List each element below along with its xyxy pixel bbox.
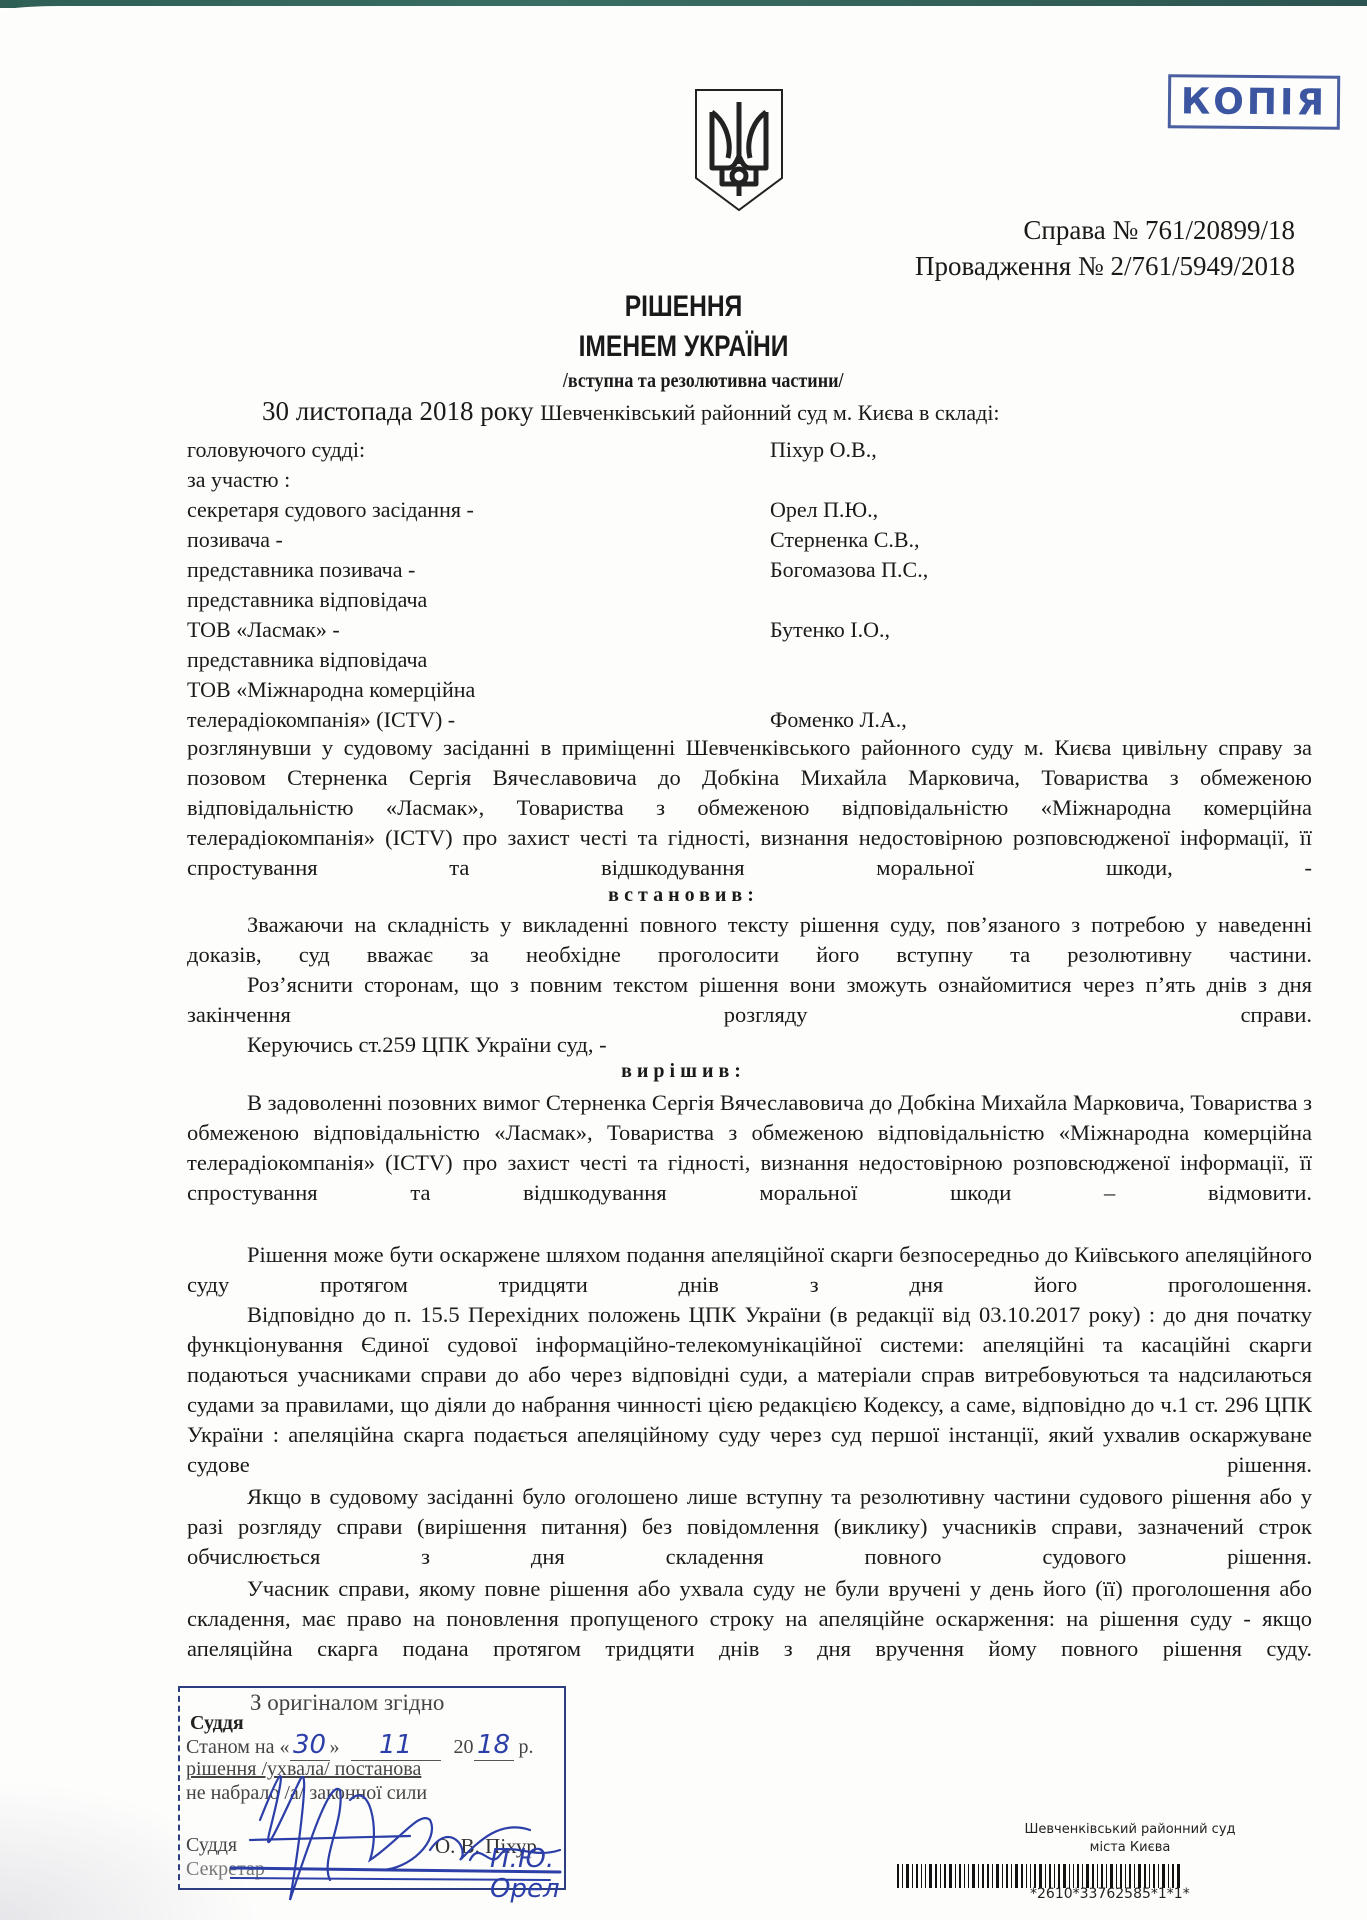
composition-role: головуючого судді: xyxy=(187,437,365,463)
secretary-handwritten: П.Ю. Орел xyxy=(490,1844,590,1904)
composition-role: телерадіокомпанія» (ICTV) - xyxy=(187,707,455,733)
composition-role: ТОВ «Міжнародна комерційна xyxy=(187,677,475,703)
handwritten-signatures: П.Ю. Орел xyxy=(230,1760,590,1920)
document-subtitle: /вступна та резолютивна частини/ xyxy=(20,368,1367,393)
proceeding-number: Провадження № 2/761/5949/2018 xyxy=(915,248,1295,284)
barcode-number: *2610*33762585*1*1* xyxy=(1030,1886,1190,1902)
date-line: 30 листопада 2018 року Шевченківський ра… xyxy=(262,396,1000,427)
composition-name: Орел П.Ю., xyxy=(770,497,878,523)
decided-paragraph: В задоволенні позовних вимог Стерненка С… xyxy=(187,1088,1312,1208)
established-paragraph: Керуючись ст.259 ЦПК України суд, - xyxy=(187,1030,1312,1060)
court-composition-intro: Шевченківський районний суд м. Києва в с… xyxy=(540,400,999,425)
barcode-court-line1: Шевченківський районний суд xyxy=(1000,1822,1260,1837)
year-suffix: р. xyxy=(519,1736,534,1758)
trident-coat-of-arms-icon xyxy=(692,86,786,214)
composition-role: представника відповідача xyxy=(187,587,427,613)
decided-paragraph: Відповідно до п. 15.5 Перехідних положен… xyxy=(187,1300,1312,1480)
barcode xyxy=(897,1864,1337,1888)
established-paragraph: Зважаючи на складність у викладенні повн… xyxy=(187,910,1312,970)
copy-stamp: КОПІЯ xyxy=(1168,74,1340,129)
established-paragraph: Роз’яснити сторонам, що з повним текстом… xyxy=(187,970,1312,1030)
composition-role: позивача - xyxy=(187,527,283,553)
decision-date: 30 листопада 2018 року xyxy=(262,396,534,426)
as-of-prefix: Станом на « xyxy=(186,1736,290,1758)
composition-role: секретаря судового засідання - xyxy=(187,497,474,523)
document-title-subline: ІМЕНЕМ УКРАЇНИ xyxy=(123,330,1244,364)
composition-role: ТОВ «Ласмак» - xyxy=(187,617,340,643)
composition-name: Богомазова П.С., xyxy=(770,557,928,583)
case-numbers: Справа № 761/20899/18 Провадження № 2/76… xyxy=(915,212,1295,284)
year-prefix: 20 xyxy=(454,1736,474,1758)
barcode-court-line2: міста Києва xyxy=(1000,1840,1260,1855)
composition-name: Фоменко Л.А., xyxy=(770,707,907,733)
intro-paragraph: розглянувши у судовому засіданні в примі… xyxy=(187,733,1312,883)
composition-name: Бутенко І.О., xyxy=(770,617,890,643)
composition-name: Піхур О.В., xyxy=(770,437,877,463)
stamp-year: 18 xyxy=(474,1730,514,1761)
stamp-header: З оригіналом згідно xyxy=(250,1690,444,1716)
stamp-as-of-date: Станом на «30» 11 2018 р. xyxy=(186,1730,534,1761)
composition-role: представника позивача - xyxy=(187,557,415,583)
stamp-day: 30 xyxy=(290,1730,330,1761)
decided-paragraph: Учасник справи, якому повне рішення або … xyxy=(187,1574,1312,1664)
section-heading-decided: вирішив: xyxy=(0,1060,1367,1083)
decided-paragraph: Якщо в судовому засіданні було оголошено… xyxy=(187,1482,1312,1572)
as-of-mid: » xyxy=(330,1736,340,1758)
case-number: Справа № 761/20899/18 xyxy=(915,212,1295,248)
section-heading-established: встановив: xyxy=(0,884,1367,907)
subtitle-text: /вступна та резолютивна частини/ xyxy=(563,368,844,393)
document-title: РІШЕННЯ xyxy=(123,290,1244,324)
composition-role: за участю : xyxy=(187,467,290,493)
composition-role: представника відповідача xyxy=(187,647,427,673)
composition-name: Стерненка С.В., xyxy=(770,527,920,553)
decided-paragraph: Рішення може бути оскаржене шляхом подан… xyxy=(187,1240,1312,1300)
stamp-month: 11 xyxy=(351,1730,441,1761)
